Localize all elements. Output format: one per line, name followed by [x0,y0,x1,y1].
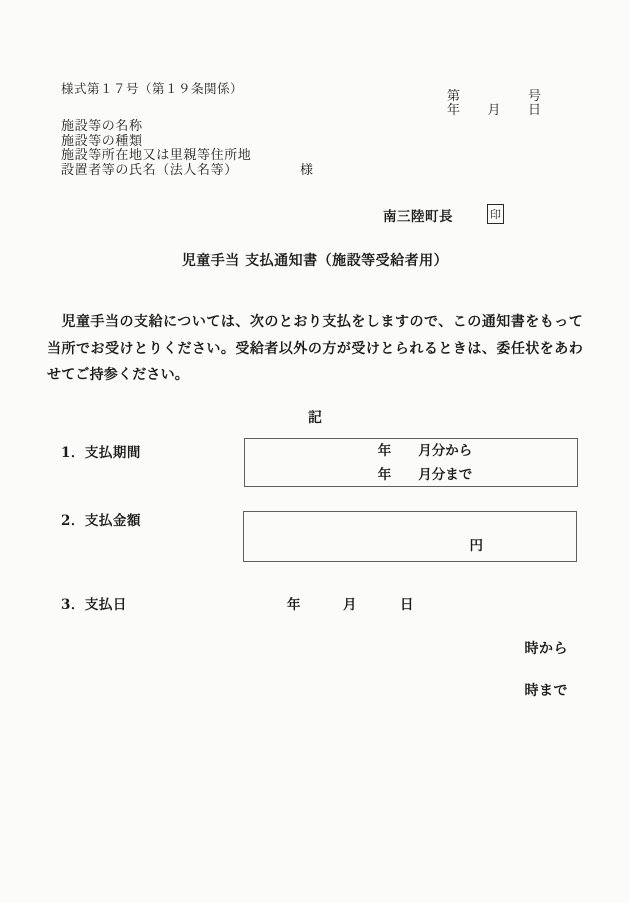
facility-address-label: 施設等所在地又は里親等住所地 [61,149,251,164]
document-title: 児童手当 支払通知書（施設等受給者用） [0,250,630,270]
payment-period-from: 年 月分から [273,439,577,463]
payment-period-to: 年 月分まで [273,463,577,487]
notice-paragraph: 児童手当の支給については、次のとおり支払をしますので、この通知書をもって当所でお… [47,309,583,389]
mayor-name: 南三陸町長 [383,205,453,225]
facility-type-label: 施設等の種類 [61,135,251,150]
yen-unit-label: 円 [470,534,484,554]
payment-date-day-label: 日 [400,593,414,613]
time-from-label: 時から [525,638,569,658]
doc-no-prefix: 第 [447,90,460,104]
document-number-line: 第 号 [447,90,541,104]
date-year-label: 年 [447,104,460,118]
founder-name-line: 設置者等の氏名（法人名等） 様 [61,164,251,179]
ki-marker: 記 [0,407,630,427]
payment-amount-label: 2．支払金額 [61,509,141,529]
payment-date-label: 3．支払日 [61,593,127,613]
addressee-block: 施設等の名称 施設等の種類 施設等所在地又は里親等住所地 設置者等の氏名（法人名… [61,120,251,178]
founder-name-label: 設置者等の氏名（法人名等） [61,163,238,178]
payment-period-box: 年 月分から 年 月分まで [244,438,578,487]
date-month-label: 月 [487,104,500,118]
payment-amount-box: 円 [243,511,577,562]
time-to-label: 時まで [525,680,569,700]
payment-date-month-label: 月 [343,593,357,613]
date-day-label: 日 [528,104,541,118]
seal-mark: 印 [487,204,504,224]
facility-name-label: 施設等の名称 [61,120,251,135]
doc-number-date-block: 第 号 年 月 日 [447,90,541,118]
payment-period-label: 1．支払期間 [61,441,141,461]
form-number: 様式第１７号（第１９条関係） [61,79,243,97]
honorific-sama: 様 [300,164,313,179]
doc-no-suffix: 号 [528,90,541,104]
issue-date-line: 年 月 日 [447,104,541,118]
form-page: 様式第１７号（第１９条関係） 第 号 年 月 日 施設等の名称 施設等の種類 施… [0,0,630,903]
payment-date-year-label: 年 [287,593,301,613]
